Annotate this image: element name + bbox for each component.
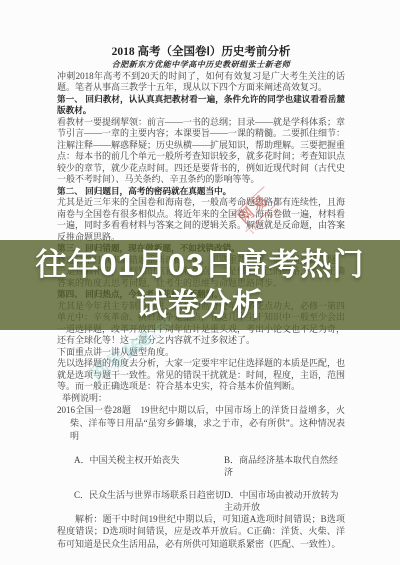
option-b: B．商品经济基本取代自然经济	[224, 454, 345, 478]
section-2-heading: 第二、 回归题目，高考的密码就在真题当中。	[57, 186, 345, 198]
document-title: 2018 高考（全国卷Ⅰ）历史考前分析	[57, 45, 345, 59]
headline-line-1: 往年01月03日高考热门	[36, 245, 365, 285]
headline-overlay: 往年01月03日高考热门 试卷分析	[0, 240, 400, 330]
options-row-cd: C．民众生活与世界市场联系日趋密切 D．中国市场由被动开放转为主动开放	[57, 489, 345, 513]
option-a: A．中国关税主权开始丧失	[74, 454, 224, 478]
intro-paragraph: 冲刺2018年高考不到20天的时间了，如何有效复习是广大考生关注的话题。笔者从事…	[57, 71, 345, 94]
article-page: 2018 高考（全国卷Ⅰ）历史考前分析 合肥新东方优能中学高中历史教研组张士新老…	[0, 0, 400, 565]
exam-question: 2016全国一卷28题 19世纪中期以后，中国市场上的洋货日益增多，火柴、洋布等…	[57, 404, 345, 443]
section-1-body: 看教材一要提纲挈领：前言——一书的总纲；目录——就是学科体系；章节引言——一章的…	[57, 117, 345, 186]
option-d: D．中国市场由被动开放转为主动开放	[224, 489, 345, 513]
answer-analysis: 解析：题干中时间19世纪中期以后，可知道A选项时间错误；B选项程度错误；D选项时…	[57, 513, 345, 550]
section-2-body: 尤其是近三年来的全国卷和海南卷，一般高考命题思路都有连续性，且海南卷与全国卷有很…	[57, 197, 345, 243]
section-1-heading: 第一、 回归教材，认认真真把教材看一遍，条件允许的同学也建议看看岳麓版教材。	[57, 94, 345, 117]
document-subtitle: 合肥新东方优能中学高中历史教研组张士新老师	[57, 59, 345, 71]
options-row-ab: A．中国关税主权开始丧失 B．商品经济基本取代自然经济	[57, 454, 345, 478]
option-c: C．民众生活与世界市场联系日趋密切	[74, 489, 224, 513]
example-label: 举例说明：	[57, 393, 345, 405]
